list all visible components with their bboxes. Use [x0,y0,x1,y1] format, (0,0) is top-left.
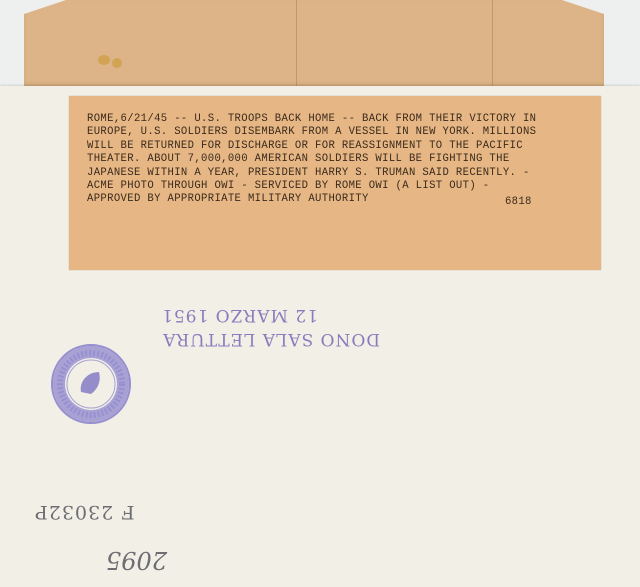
photo-back: ROME,6/21/45 -- U.S. TROOPS BACK HOME --… [0,86,640,587]
fold-line [492,0,493,86]
fold-line [296,0,297,86]
caption-line: EUROPE, U.S. SOLDIERS DISEMBARK FROM A V… [87,126,593,139]
emblem-icon [53,346,129,422]
caption-line: THEATER. ABOUT 7,000,000 AMERICAN SOLDIE… [87,153,593,166]
caption-slip: ROME,6/21/45 -- U.S. TROOPS BACK HOME --… [69,96,601,270]
caption-line: ROME,6/21/45 -- U.S. TROOPS BACK HOME --… [87,113,593,126]
caption-number: 6818 [505,196,532,208]
round-seal-stamp [51,344,131,424]
stain [98,55,110,65]
caption-text: ROME,6/21/45 -- U.S. TROOPS BACK HOME --… [87,113,593,207]
library-stamp: DONO SALA LETTURA 12 MARZO 1951 [150,299,380,349]
handwritten-number: 2095 [106,546,167,574]
handwritten-code: F 23032P [34,501,134,523]
stamp-line-2: 12 MARZO 1951 [161,305,318,325]
caption-line: WILL BE RETURNED FOR DISCHARGE OR FOR RE… [87,140,593,153]
caption-line: JAPANESE WITHIN A YEAR, PRESIDENT HARRY … [87,167,593,180]
caption-line: ACME PHOTO THROUGH OWI - SERVICED BY ROM… [87,180,593,193]
backing-board [24,0,604,86]
stain [112,58,122,68]
stamp-line-1: DONO SALA LETTURA [162,329,380,349]
